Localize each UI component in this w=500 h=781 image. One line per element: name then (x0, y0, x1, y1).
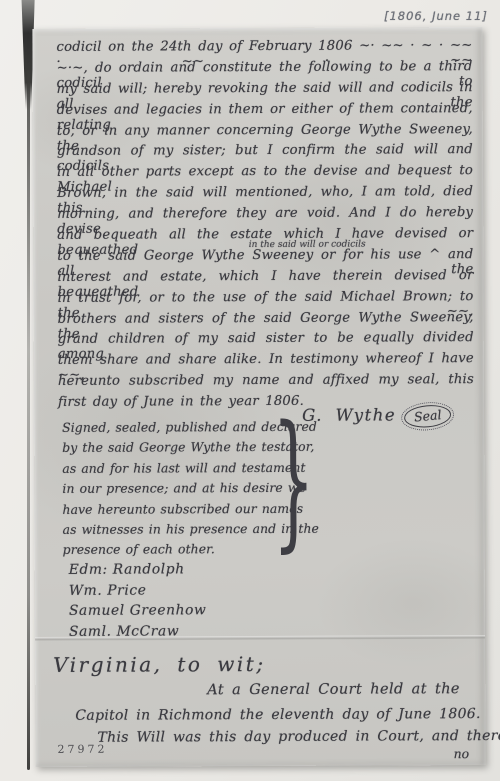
text-line: devises and legacies in them or either o… (57, 101, 473, 124)
attestation-line: presence of each other. (63, 541, 295, 562)
text-line: codicil on the 24th day of February 1806… (56, 38, 472, 61)
text-line: interest and estate, which I have therei… (57, 268, 473, 291)
text-line: them share and share alike. In testimony… (58, 351, 474, 374)
witness-name: Samuel Greenhow (69, 602, 207, 623)
text-line: to, or in any manner concerning George W… (57, 122, 473, 145)
archival-date-note: [1806, June 11] (384, 9, 488, 23)
probate-heading: Virginia, to wit; (53, 652, 265, 677)
text-line: ~·~, do ordain and constitute the follow… (57, 59, 473, 82)
witness-signatures: Edm: Randolph Wm. Price Samuel Greenhow … (69, 561, 207, 644)
attestation-line: have hereunto subscribed our names (62, 500, 294, 521)
attestation-line: as witnesses in his presence and in the (63, 521, 295, 542)
binding-edge-line (27, 70, 30, 770)
codicil-text: codicil on the 24th day of February 1806… (56, 38, 474, 416)
probate-line: Capitol in Richmond the eleventh day of … (75, 706, 480, 724)
text-line: in all other parts except as to the devi… (57, 163, 473, 186)
probate-line: This Will was this day produced in Court… (97, 728, 500, 746)
seal-doodle: Seal (403, 403, 452, 429)
photostat-background: [1806, June 11] codicil on the 24th day … (0, 0, 500, 781)
text-line: grandson of my sister; but I confirm the… (57, 143, 473, 166)
negative-number-stamp: 27972 (58, 743, 108, 756)
text-line: my said will; hereby revoking the said w… (57, 80, 473, 103)
text-line: grand children of my said sister to be e… (58, 331, 474, 354)
catchword: no (454, 746, 470, 761)
attestation-block: Signed, sealed, published and declared b… (62, 419, 295, 563)
document-paper: codicil on the 24th day of February 1806… (32, 27, 485, 767)
attestation-brace: } (272, 414, 315, 546)
text-line: in trust for, or to the use of the said … (58, 289, 474, 312)
attestation-line: Signed, sealed, published and declared (62, 419, 294, 440)
probate-line: At a General Court held at the (207, 681, 460, 698)
text-line: Brown, in the said will mentioned, who, … (57, 184, 473, 207)
witness-name: Edm: Randolph (69, 561, 207, 582)
attestation-line: in our presence; and at his desire we (62, 480, 294, 501)
attestation-line: as and for his last will and testament (62, 460, 294, 481)
text-line: morning, and therefore they are void. An… (57, 205, 473, 228)
text-line: brothers and sisters of the said George … (58, 310, 474, 333)
text-line: hereunto subscribed my name and affixed … (58, 372, 474, 395)
text-line: to the said George Wythe Sweeney or for … (57, 247, 473, 270)
paper-crease (35, 635, 485, 641)
testator-signature: G. WytheSeal (302, 405, 452, 428)
attestation-line: by the said George Wythe the testator, (62, 439, 294, 460)
interlinear-insertion: in the said will or codicils (249, 239, 366, 250)
witness-name: Wm. Price (69, 582, 207, 603)
